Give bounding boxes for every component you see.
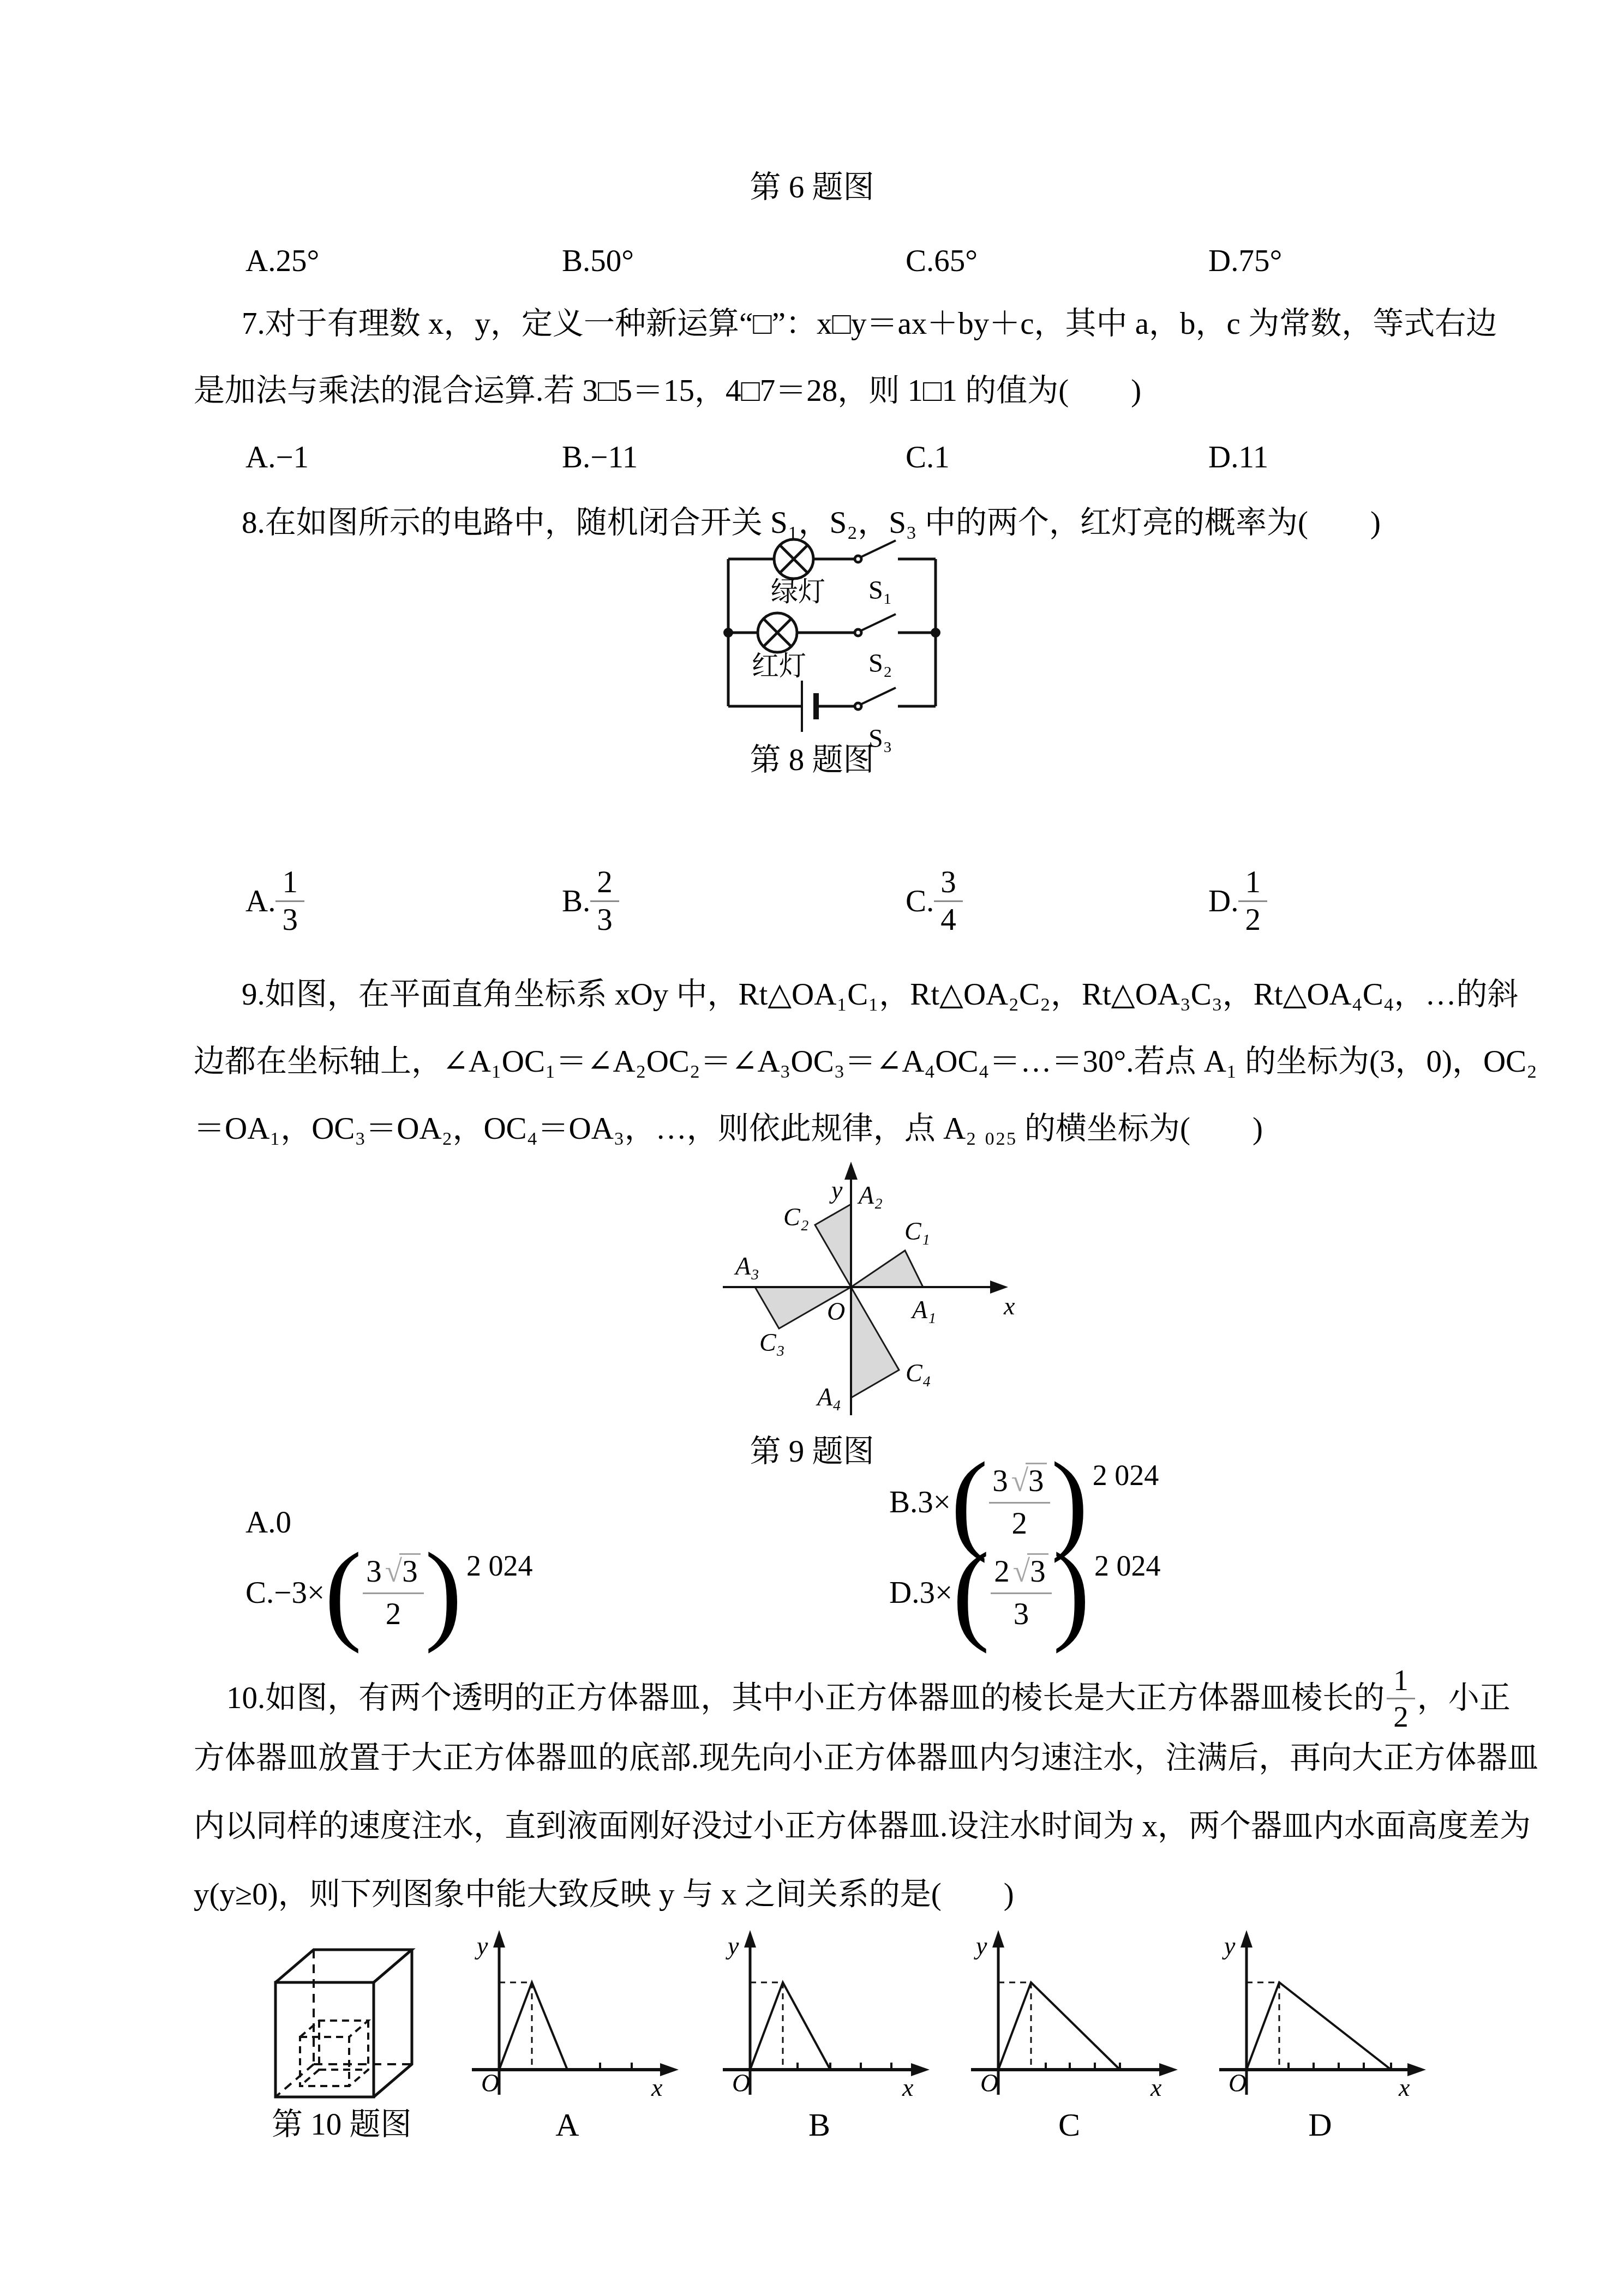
q7-option-b: B.−11 — [562, 439, 638, 476]
q9-option-b-prefix: B.3× — [889, 1484, 951, 1520]
q10-line1-post: ，小正 — [1417, 1680, 1511, 1717]
q7-stem-line2: 是加法与乘法的混合运算.若 3□5＝15，4□7＝28，则 1□1 的值为( ) — [194, 372, 1141, 410]
point-A1-label: A₁ — [910, 1296, 936, 1324]
q9-option-d-prefix: D.3× — [889, 1575, 952, 1610]
numerator-lead: 2 — [994, 1555, 1010, 1589]
q10-graph-d: O y x — [1211, 1922, 1429, 2102]
q10-line1-pre: 10.如图，有两个透明的正方体器皿，其中小正方体器皿的棱长是大正方体器皿棱长的 — [226, 1680, 1385, 1717]
y-axis-label: y — [1222, 1932, 1236, 1960]
y-axis-label: y — [974, 1932, 987, 1960]
q9-option-b: B.3× ( 3 √ 3 2 ) 2 024 — [889, 1457, 1159, 1547]
y-axis-label: y — [829, 1176, 843, 1204]
q9-option-a: A.0 — [245, 1504, 291, 1541]
figure10-caption: 第 10 题图 — [272, 2106, 412, 2143]
q8-option-c: C. 3 4 — [906, 866, 963, 936]
graph-a-letter: A — [555, 2106, 579, 2144]
junction-dot-right — [931, 628, 940, 638]
q9-pinwheel-figure: y x O A₂ C₂ C₁ A₃ A₁ C₃ C₄ A₄ — [671, 1148, 1031, 1432]
point-A3-label: A₃ — [734, 1252, 759, 1280]
q10-cube-figure — [256, 1931, 420, 2111]
denominator: 3 — [1014, 1594, 1029, 1632]
q9-stem-line3: ＝OA₁，OC₃＝OA₂，OC₄＝OA₃，…，则依此规律，点 A₂ ₀₂₅ 的横… — [194, 1110, 1263, 1147]
q10-graph-b: O y x — [715, 1922, 933, 2102]
point-A4-label: A₄ — [816, 1383, 841, 1411]
triangle-OA4C4 — [851, 1287, 899, 1398]
graph-d-letter: D — [1308, 2106, 1332, 2144]
q9-option-d: D.3× ( 2 √ 3 3 ) 2 024 — [889, 1548, 1160, 1637]
q7-option-a: A.−1 — [245, 439, 309, 476]
y-axis-label: y — [726, 1932, 739, 1960]
q6-option-c: C.65° — [906, 243, 978, 280]
origin-label: O — [827, 1297, 845, 1325]
red-lamp-label: 红灯 — [752, 651, 806, 681]
q9-option-c: C.−3× ( 3 √ 3 2 ) 2 024 — [245, 1548, 532, 1637]
q8-option-c-prefix: C. — [906, 883, 934, 919]
q8-option-d-prefix: D. — [1208, 883, 1238, 919]
x-axis-label: x — [1398, 2073, 1410, 2101]
green-lamp-label: 绿灯 — [771, 576, 825, 607]
point-C2-label: C₂ — [783, 1203, 809, 1231]
left-paren: ( — [325, 1548, 362, 1637]
junction-dot-left — [723, 628, 733, 638]
radicand: 3 — [1026, 1463, 1047, 1499]
origin-label: O — [1229, 2069, 1247, 2097]
q8-option-d: D. 1 2 — [1208, 866, 1267, 936]
q8-option-b-prefix: B. — [562, 883, 590, 919]
q7-option-d: D.11 — [1208, 439, 1268, 476]
x-axis-label: x — [651, 2073, 663, 2101]
q7-option-c: C.1 — [906, 439, 950, 476]
q9-option-d-fraction: 2 √ 3 3 — [991, 1553, 1051, 1631]
q8-circuit-figure: 绿灯 S₁ 红灯 S₂ S₃ — [715, 534, 949, 753]
q8-option-d-fraction: 1 2 — [1238, 866, 1267, 936]
origin-label: O — [481, 2069, 499, 2097]
q9-stem-line2: 边都在坐标轴上，∠A₁OC₁＝∠A₂OC₂＝∠A₃OC₃＝∠A₄OC₄＝…＝30… — [194, 1043, 1537, 1080]
exponent: 2 024 — [466, 1549, 533, 1583]
right-paren: ) — [425, 1548, 462, 1637]
q7-stem-line1: 7.对于有理数 x，y，定义一种新运算“□”：x□y＝ax＋by＋c，其中 a，… — [242, 305, 1497, 342]
y-axis-label: y — [475, 1932, 488, 1960]
triangle-OA2C2 — [815, 1204, 851, 1287]
q8-option-b: B. 2 3 — [562, 866, 619, 936]
q10-stem-line1: 10.如图，有两个透明的正方体器皿，其中小正方体器皿的棱长是大正方体器皿棱长的 … — [226, 1664, 1511, 1733]
radicand: 3 — [399, 1553, 421, 1589]
q8-option-a: A. 1 3 — [245, 866, 304, 936]
switch-s1-label: S₁ — [868, 576, 892, 605]
q10-stem-line2: 方体器皿放置于大正方体器皿的底部.现先向小正方体器皿内匀速注水，注满后，再向大正… — [194, 1740, 1538, 1777]
q8-option-b-fraction: 2 3 — [590, 866, 619, 936]
numerator-lead: 3 — [992, 1464, 1008, 1499]
q9-stem-line1: 9.如图，在平面直角坐标系 xOy 中，Rt△OA₁C₁，Rt△OA₂C₂，Rt… — [242, 976, 1519, 1013]
q10-stem-line4: y(y≥0)，则下列图象中能大致反映 y 与 x 之间关系的是( ) — [194, 1876, 1014, 1913]
point-C1-label: C₁ — [904, 1217, 930, 1245]
graph-c-letter: C — [1058, 2106, 1080, 2144]
figure6-caption: 第 6 题图 — [0, 169, 1624, 206]
q10-graph-c: O y x — [963, 1922, 1181, 2102]
q10-graph-a: O y x — [464, 1922, 682, 2102]
origin-label: O — [980, 2069, 998, 2097]
q10-stem-line3: 内以同样的速度注水，直到液面刚好没过小正方体器皿.设注水时间为 x，两个器皿内水… — [194, 1808, 1531, 1845]
point-C3-label: C₃ — [759, 1329, 785, 1356]
graph-b-letter: B — [808, 2106, 830, 2144]
q8-option-a-fraction: 1 3 — [275, 866, 304, 936]
q10-inline-fraction: 1 2 — [1387, 1664, 1415, 1733]
q6-option-a: A.25° — [245, 243, 319, 280]
q9-option-b-fraction: 3 √ 3 2 — [989, 1463, 1050, 1541]
y-axis-arrow — [844, 1162, 858, 1180]
q6-option-b: B.50° — [562, 243, 634, 280]
x-axis-label: x — [1003, 1292, 1015, 1320]
q8-option-c-fraction: 3 4 — [934, 866, 963, 936]
q8-option-a-prefix: A. — [245, 883, 275, 919]
x-axis-label: x — [1150, 2073, 1162, 2101]
point-A2-label: A₂ — [857, 1181, 883, 1209]
exam-page: 第 6 题图 A.25° B.50° C.65° D.75° 7.对于有理数 x… — [0, 0, 1624, 2296]
exponent: 2 024 — [1093, 1458, 1159, 1492]
radicand: 3 — [1027, 1553, 1048, 1589]
left-paren: ( — [952, 1548, 990, 1637]
denominator: 2 — [1012, 1504, 1028, 1541]
q9-option-c-prefix: C.−3× — [245, 1575, 325, 1610]
figure8-caption: 第 8 题图 — [0, 742, 1624, 779]
numerator-lead: 3 — [366, 1555, 382, 1589]
denominator: 2 — [386, 1594, 401, 1632]
point-C4-label: C₄ — [906, 1359, 931, 1387]
exponent: 2 024 — [1094, 1549, 1161, 1583]
inner-small-cube — [300, 2021, 368, 2086]
figure9-caption: 第 9 题图 — [0, 1433, 1624, 1470]
x-axis-label: x — [902, 2073, 914, 2101]
right-paren: ) — [1053, 1548, 1090, 1637]
origin-label: O — [732, 2069, 750, 2097]
switch-s2-label: S₂ — [868, 649, 892, 678]
triangle-OA1C1 — [851, 1251, 923, 1287]
q6-option-d: D.75° — [1208, 243, 1282, 280]
q9-option-c-fraction: 3 √ 3 2 — [363, 1553, 423, 1631]
